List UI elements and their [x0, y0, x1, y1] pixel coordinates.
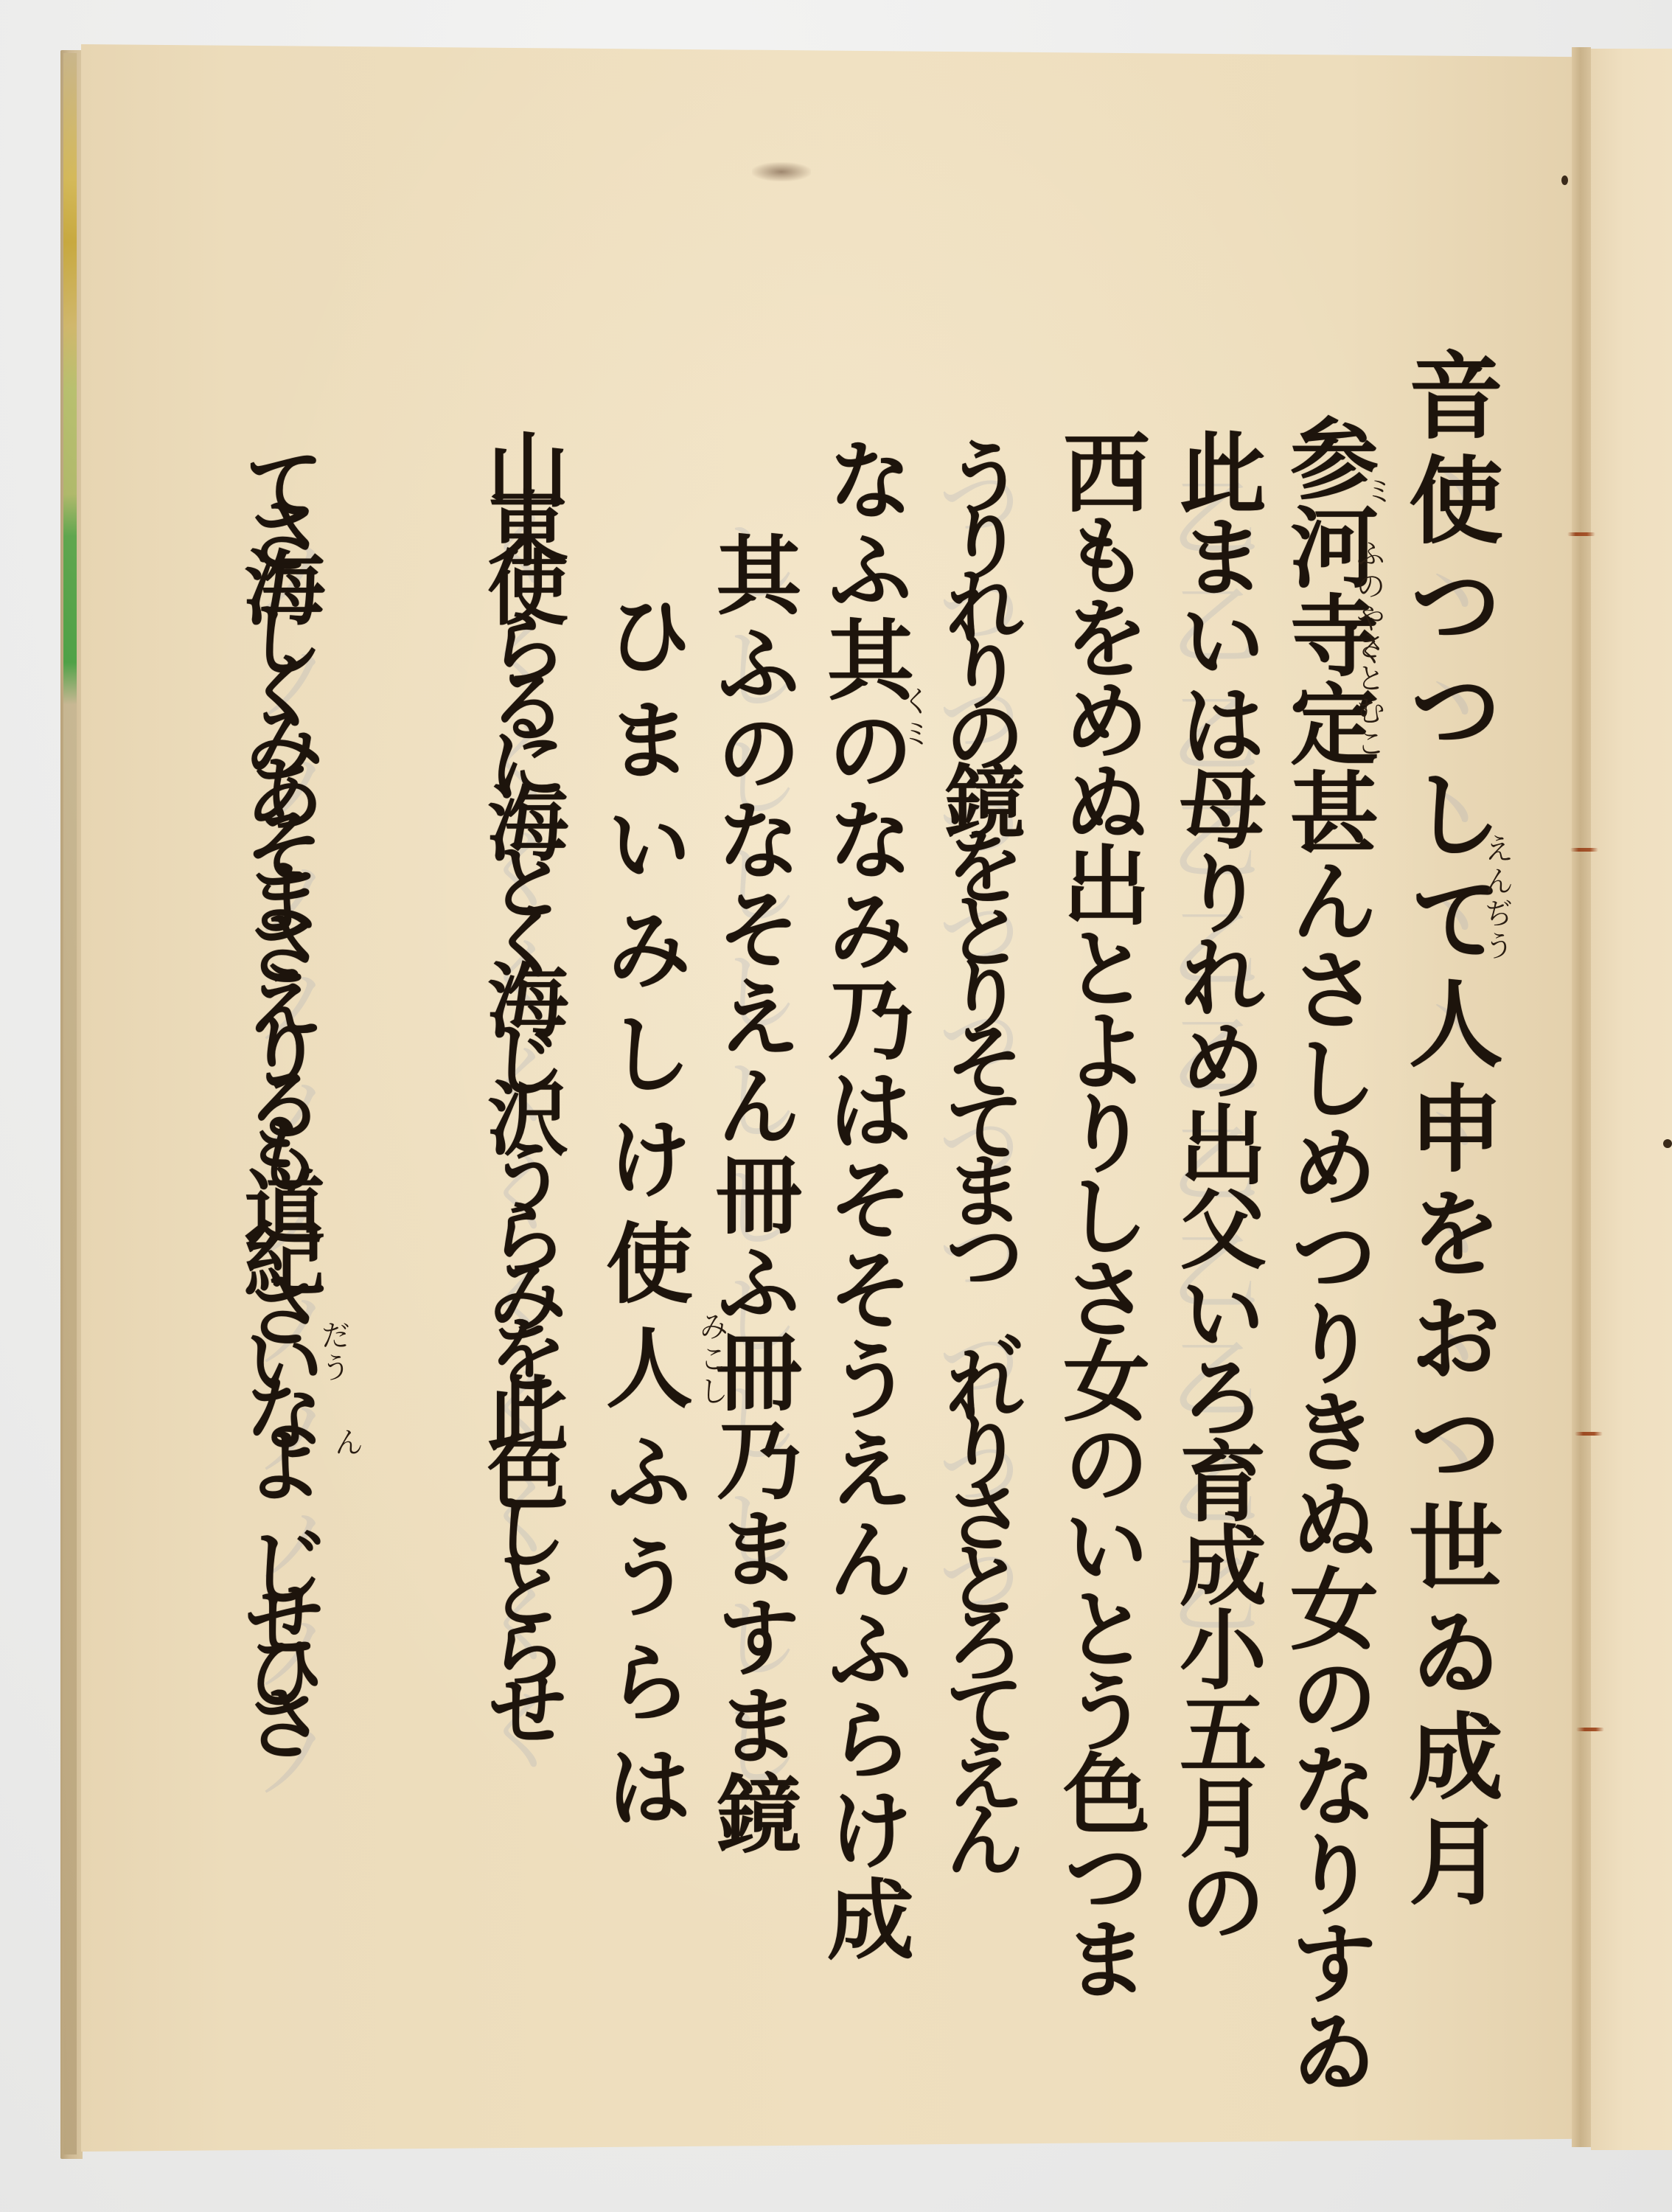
text-column-10: てさ海しくみあそまさえりるも道紀さいなよ゛しせひさ [237, 442, 318, 1733]
ink-speck [1561, 175, 1568, 185]
text-column-8: ひまいみしけ使人ふうらは [599, 590, 686, 1846]
binding-gutter [1572, 47, 1591, 2147]
text-column-6: なふ其のなみ乃はそそうえんふらけ成 [820, 435, 907, 1964]
ruby-gloss: ミ [1362, 476, 1392, 508]
ruby-gloss: えんぢう [1482, 833, 1511, 963]
ruby-gloss: さとむこ [1354, 630, 1383, 760]
book-spine-edge [63, 53, 77, 2154]
ruby-gloss: ん [332, 1427, 361, 1459]
text-column-7: 其ふのなそえん冊ふ冊乃ますま鏡 [709, 531, 795, 1858]
binding-stitch [1576, 1728, 1604, 1731]
text-column-1: 音使つつして人申をおつ世ゐ成月 [1401, 347, 1495, 1917]
binding-stitch [1567, 532, 1595, 536]
binding-stitch [1575, 1432, 1603, 1436]
text-column-5: うりれりの鏡をとりそてまつ゛れりさとろてえん [938, 435, 1019, 1863]
text-column-9: 山東使らるに海とく海じ沢うらみを此色しとらせ [481, 428, 562, 1725]
facing-page-edge [1591, 49, 1672, 2150]
ruby-gloss: くミ [899, 686, 929, 751]
ruby-gloss: だう [318, 1320, 348, 1385]
ink-speck [1663, 1139, 1672, 1148]
text-column-4: 西もをめぬ出とよりしさ女のいとう色つま [1056, 428, 1143, 1997]
top-margin-stain [752, 162, 811, 181]
text-column-3: 此まいは母りれめ出父いろ育成小五月の [1172, 428, 1259, 1941]
binding-stitch [1570, 848, 1598, 852]
ruby-gloss: みこし [697, 1311, 726, 1408]
